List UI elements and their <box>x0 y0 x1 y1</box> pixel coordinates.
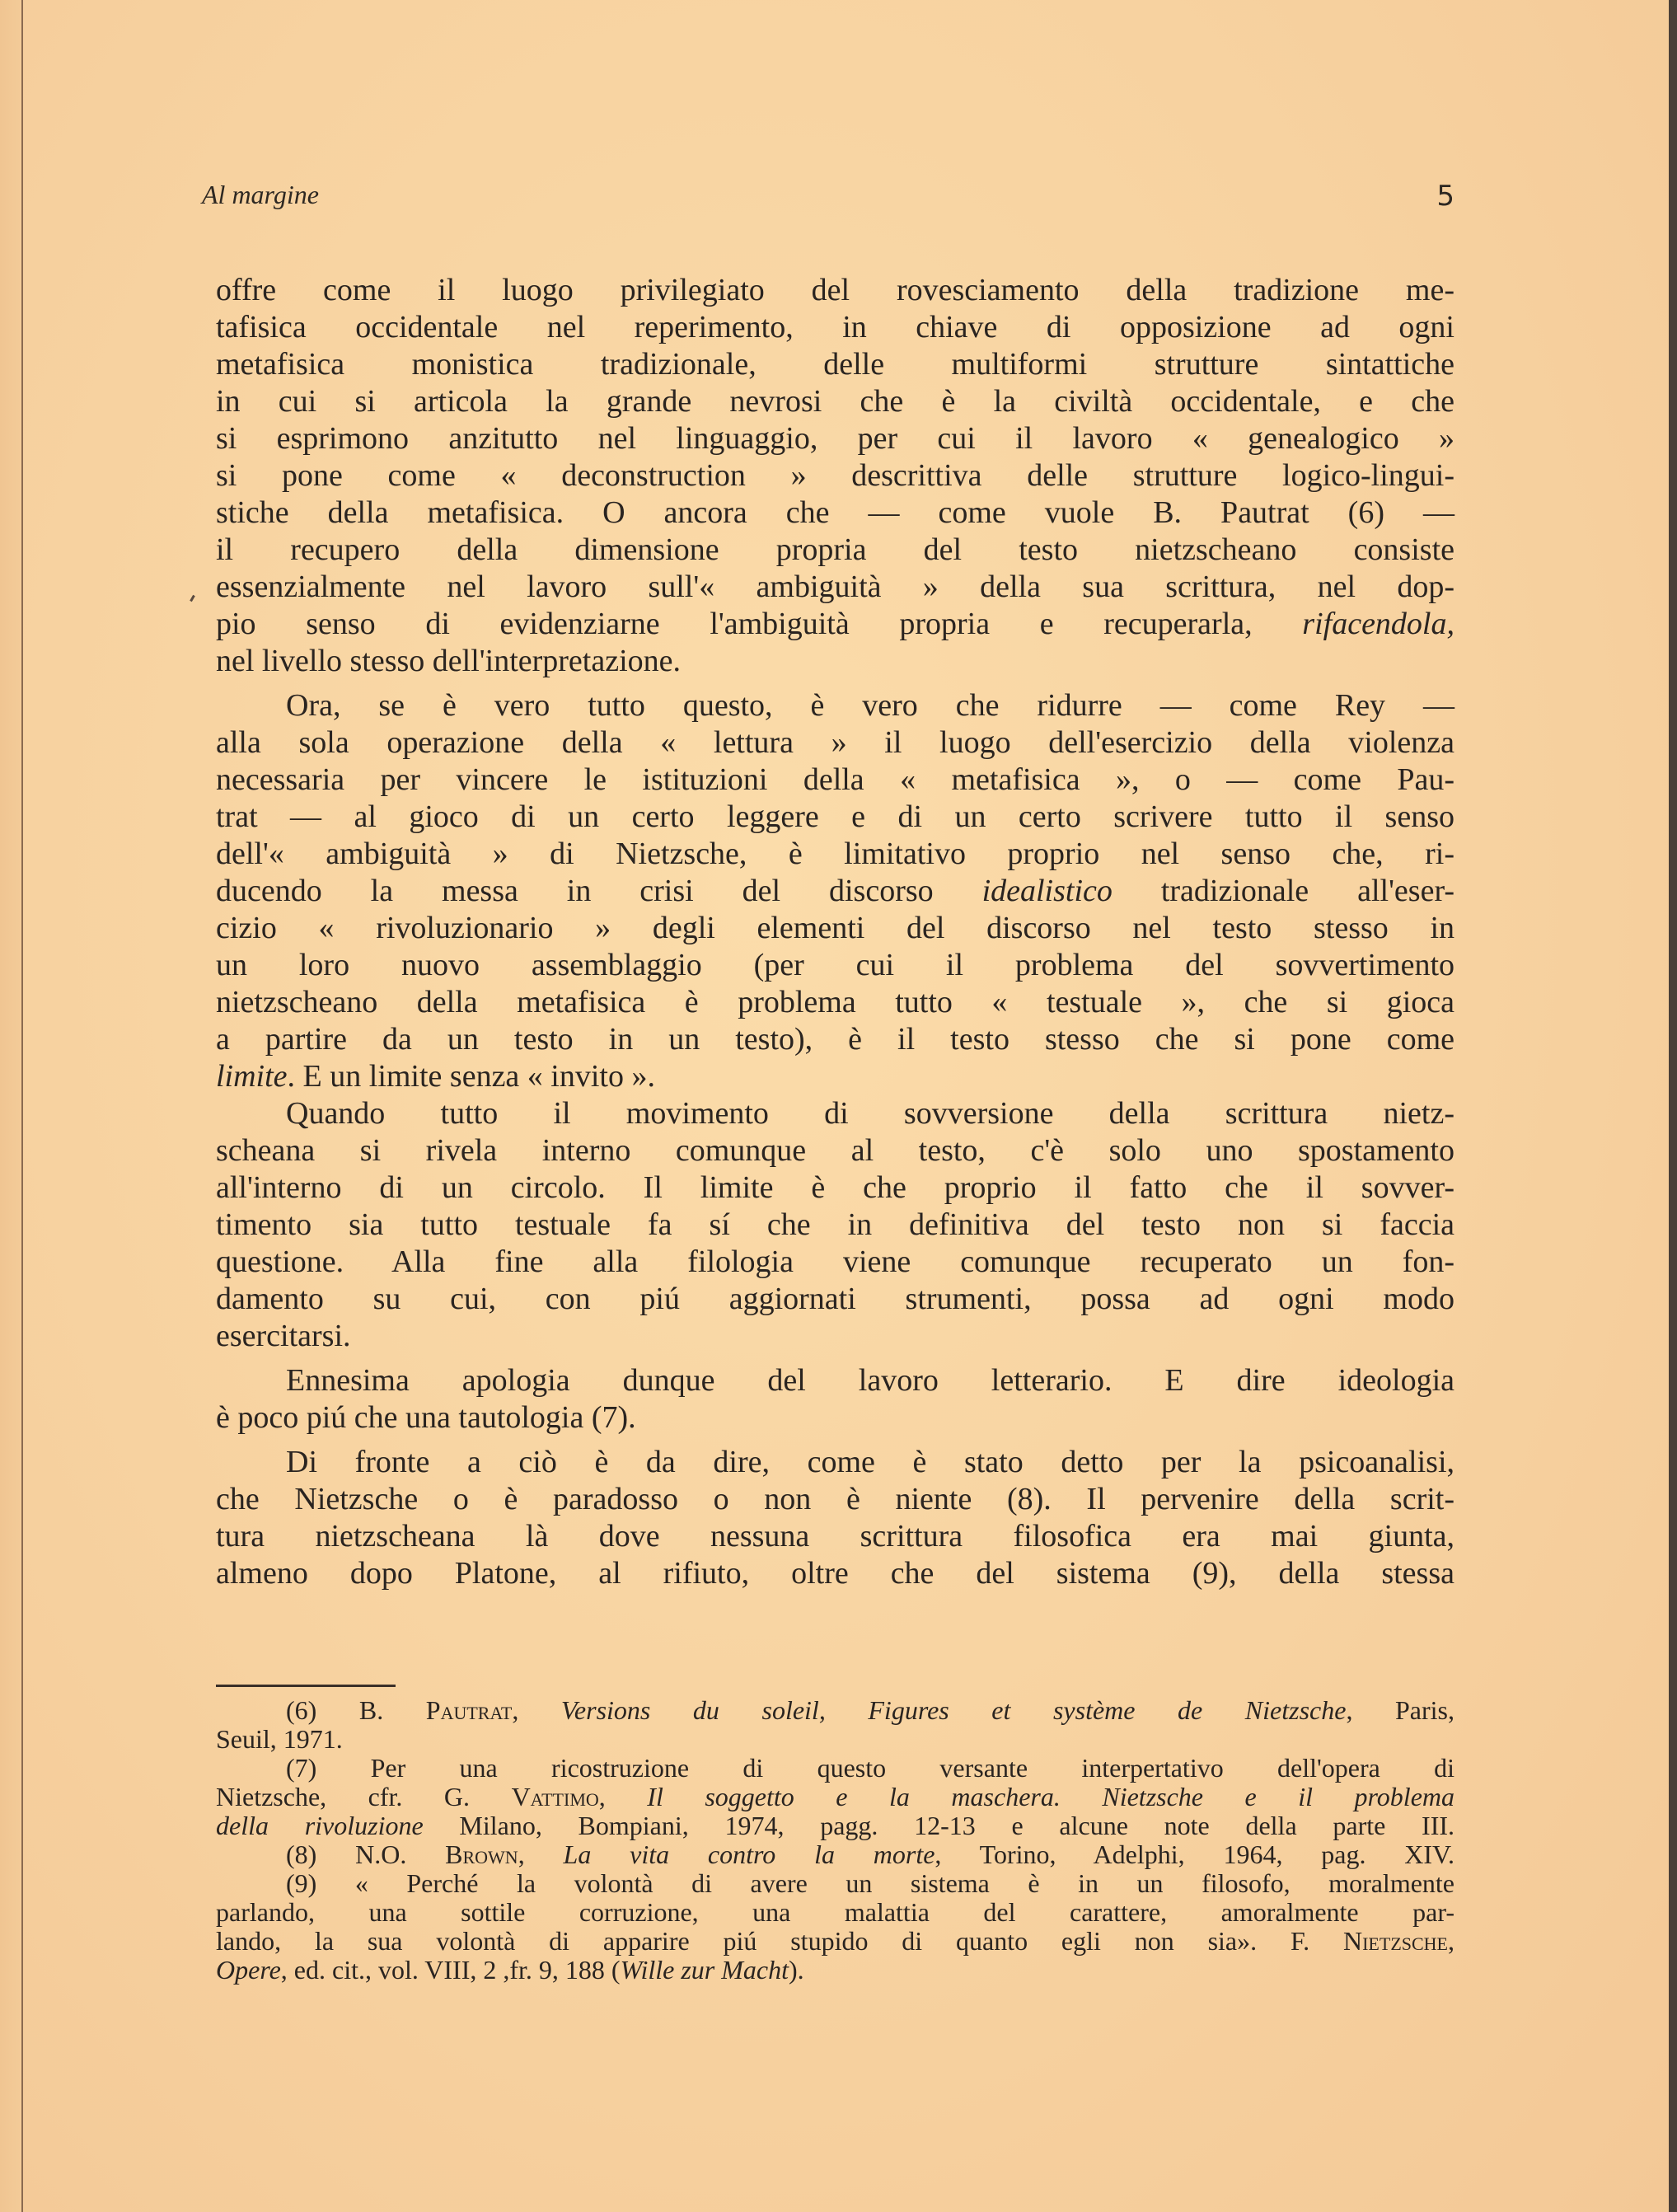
text-line: nietzscheano della metafisica è problema… <box>216 984 1454 1021</box>
footnote-author: Pautrat <box>426 1695 513 1725</box>
text-line: tafisica occidentale nel reperimento, in… <box>216 309 1454 346</box>
text-line: all'interno di un circolo. Il limite è c… <box>216 1169 1454 1207</box>
footnote-separator <box>216 1685 396 1687</box>
text-run: , <box>518 1839 564 1869</box>
text-run: ). <box>789 1955 804 1985</box>
footnote-title: Versions du soleil, Figures et système d… <box>561 1695 1347 1725</box>
footnote-7-cont: della rivoluzione Milano, Bompiani, 1974… <box>216 1811 1454 1840</box>
footnote-author: Brown <box>445 1839 518 1869</box>
text-line: trat — al gioco di un certo leggere e di… <box>216 799 1454 836</box>
text-line: un loro nuovo assemblaggio (per cui il p… <box>216 947 1454 984</box>
text-line: questione. Alla fine alla filologia vien… <box>216 1244 1454 1281</box>
footnote-title: Opere <box>216 1955 281 1985</box>
footnote-7: (7) Per una ricostruzione di questo vers… <box>216 1754 1454 1783</box>
text-line: esercitarsi. <box>216 1318 1454 1355</box>
footnote-9-cont: Opere, ed. cit., vol. VIII, 2 ,fr. 9, 18… <box>216 1956 1454 1985</box>
text-line: è poco piú che una tautologia (7). <box>216 1399 1454 1436</box>
footnote-9: (9) « Perché la volontà di avere un sist… <box>216 1869 1454 1898</box>
text-run: , Paris, <box>1346 1695 1454 1725</box>
text-run: pio senso di evidenziarne l'ambiguità pr… <box>216 607 1302 641</box>
footnote-9-cont: lando, la sua volontà di apparire piú st… <box>216 1927 1454 1956</box>
footnote-9-cont: parlando, una sottile corruzione, una ma… <box>216 1898 1454 1927</box>
running-title: Al margine <box>202 180 319 210</box>
binding-gutter <box>0 0 23 2212</box>
footnote-author: Vattimo <box>512 1782 599 1811</box>
text-line: pio senso di evidenziarne l'ambiguità pr… <box>216 606 1454 643</box>
text-line: tura nietzscheana là dove nessuna scritt… <box>216 1518 1454 1555</box>
text-line: necessaria per vincere le istituzioni de… <box>216 762 1454 799</box>
footnote-marker: (6) B. <box>286 1695 426 1725</box>
text-line: il recupero della dimensione propria del… <box>216 532 1454 569</box>
footnote-title: della rivoluzione <box>216 1811 424 1840</box>
text-line: si pone come « deconstruction » descritt… <box>216 457 1454 494</box>
text-line: timento sia tutto testuale fa sí che in … <box>216 1207 1454 1244</box>
italic-term: rifacendola, <box>1302 607 1454 641</box>
text-line: essenzialmente nel lavoro sull'« ambigui… <box>216 569 1454 606</box>
text-line: metafisica monistica tradizionale, delle… <box>216 346 1454 383</box>
scan-edge <box>1669 0 1677 2212</box>
page-header: Al margine 5 <box>202 180 1454 216</box>
text-line: a partire da un testo in un testo), è il… <box>216 1021 1454 1058</box>
footnote-8: (8) N.O. Brown, La vita contro la morte,… <box>216 1840 1454 1869</box>
text-line: Ennesima apologia dunque del lavoro lett… <box>216 1362 1454 1399</box>
text-line: nel livello stesso dell'interpretazione. <box>216 643 1454 680</box>
text-run: , ed. cit., vol. VIII, 2 ,fr. 9, 188 ( <box>281 1955 621 1985</box>
text-line: alla sola operazione della « lettura » i… <box>216 724 1454 762</box>
footnote-title: Wille zur Macht <box>621 1955 789 1985</box>
page-number: 5 <box>1436 180 1454 213</box>
text-line: ducendo la messa in crisi del discorso i… <box>216 873 1454 910</box>
footnote-6: (6) B. Pautrat, Versions du soleil, Figu… <box>216 1696 1454 1725</box>
footnotes: (6) B. Pautrat, Versions du soleil, Figu… <box>216 1696 1454 1985</box>
text-run: , Torino, Adelphi, 1964, pag. XIV. <box>935 1839 1454 1869</box>
text-line: damento su cui, con piú aggiornati strum… <box>216 1281 1454 1318</box>
text-run: Milano, Bompiani, 1974, pagg. 12-13 e al… <box>424 1811 1454 1840</box>
text-line: scheana si rivela interno comunque al te… <box>216 1132 1454 1169</box>
text-run: ducendo la messa in crisi del discorso <box>216 874 982 908</box>
footnote-title: La vita contro la morte <box>564 1839 935 1869</box>
text-line: limite. E un limite senza « invito ». <box>216 1058 1454 1095</box>
text-run: , <box>512 1695 561 1725</box>
footnote-author: Nietzsche <box>1343 1926 1448 1956</box>
text-line: dell'« ambiguità » di Nietzsche, è limit… <box>216 836 1454 873</box>
italic-term: limite <box>216 1059 288 1094</box>
italic-term: idealistico <box>982 874 1113 908</box>
text-line: Ora, se è vero tutto questo, è vero che … <box>216 687 1454 724</box>
text-run: , <box>599 1782 648 1811</box>
text-line: Di fronte a ciò è da dire, come è stato … <box>216 1444 1454 1481</box>
footnote-7-cont: Nietzsche, cfr. G. Vattimo, Il soggetto … <box>216 1783 1454 1811</box>
text-line: si esprimono anzitutto nel linguaggio, p… <box>216 420 1454 457</box>
text-line: in cui si articola la grande nevrosi che… <box>216 383 1454 420</box>
text-run: . E un limite senza « invito ». <box>288 1059 655 1094</box>
text-line: che Nietzsche o è paradosso o non è nien… <box>216 1481 1454 1518</box>
text-run: Nietzsche, cfr. G. <box>216 1782 512 1811</box>
text-line: offre come il luogo privilegiato del rov… <box>216 272 1454 309</box>
footnote-title: Il soggetto e la maschera. Nietzsche e i… <box>647 1782 1454 1811</box>
text-line: stiche della metafisica. O ancora che — … <box>216 494 1454 532</box>
text-line: almeno dopo Platone, al rifiuto, oltre c… <box>216 1555 1454 1592</box>
text-line: Quando tutto il movimento di sovversione… <box>216 1095 1454 1132</box>
text-line: cizio « rivoluzionario » degli elementi … <box>216 910 1454 947</box>
footnote-6-cont: Seuil, 1971. <box>216 1725 1454 1754</box>
text-run: tradizionale all'eser- <box>1113 874 1454 908</box>
footnote-marker: (8) N.O. <box>286 1839 445 1869</box>
text-run: lando, la sua volontà di apparire piú st… <box>216 1926 1343 1956</box>
text-run: , <box>1448 1926 1454 1956</box>
body-text: offre come il luogo privilegiato del rov… <box>216 272 1454 1592</box>
